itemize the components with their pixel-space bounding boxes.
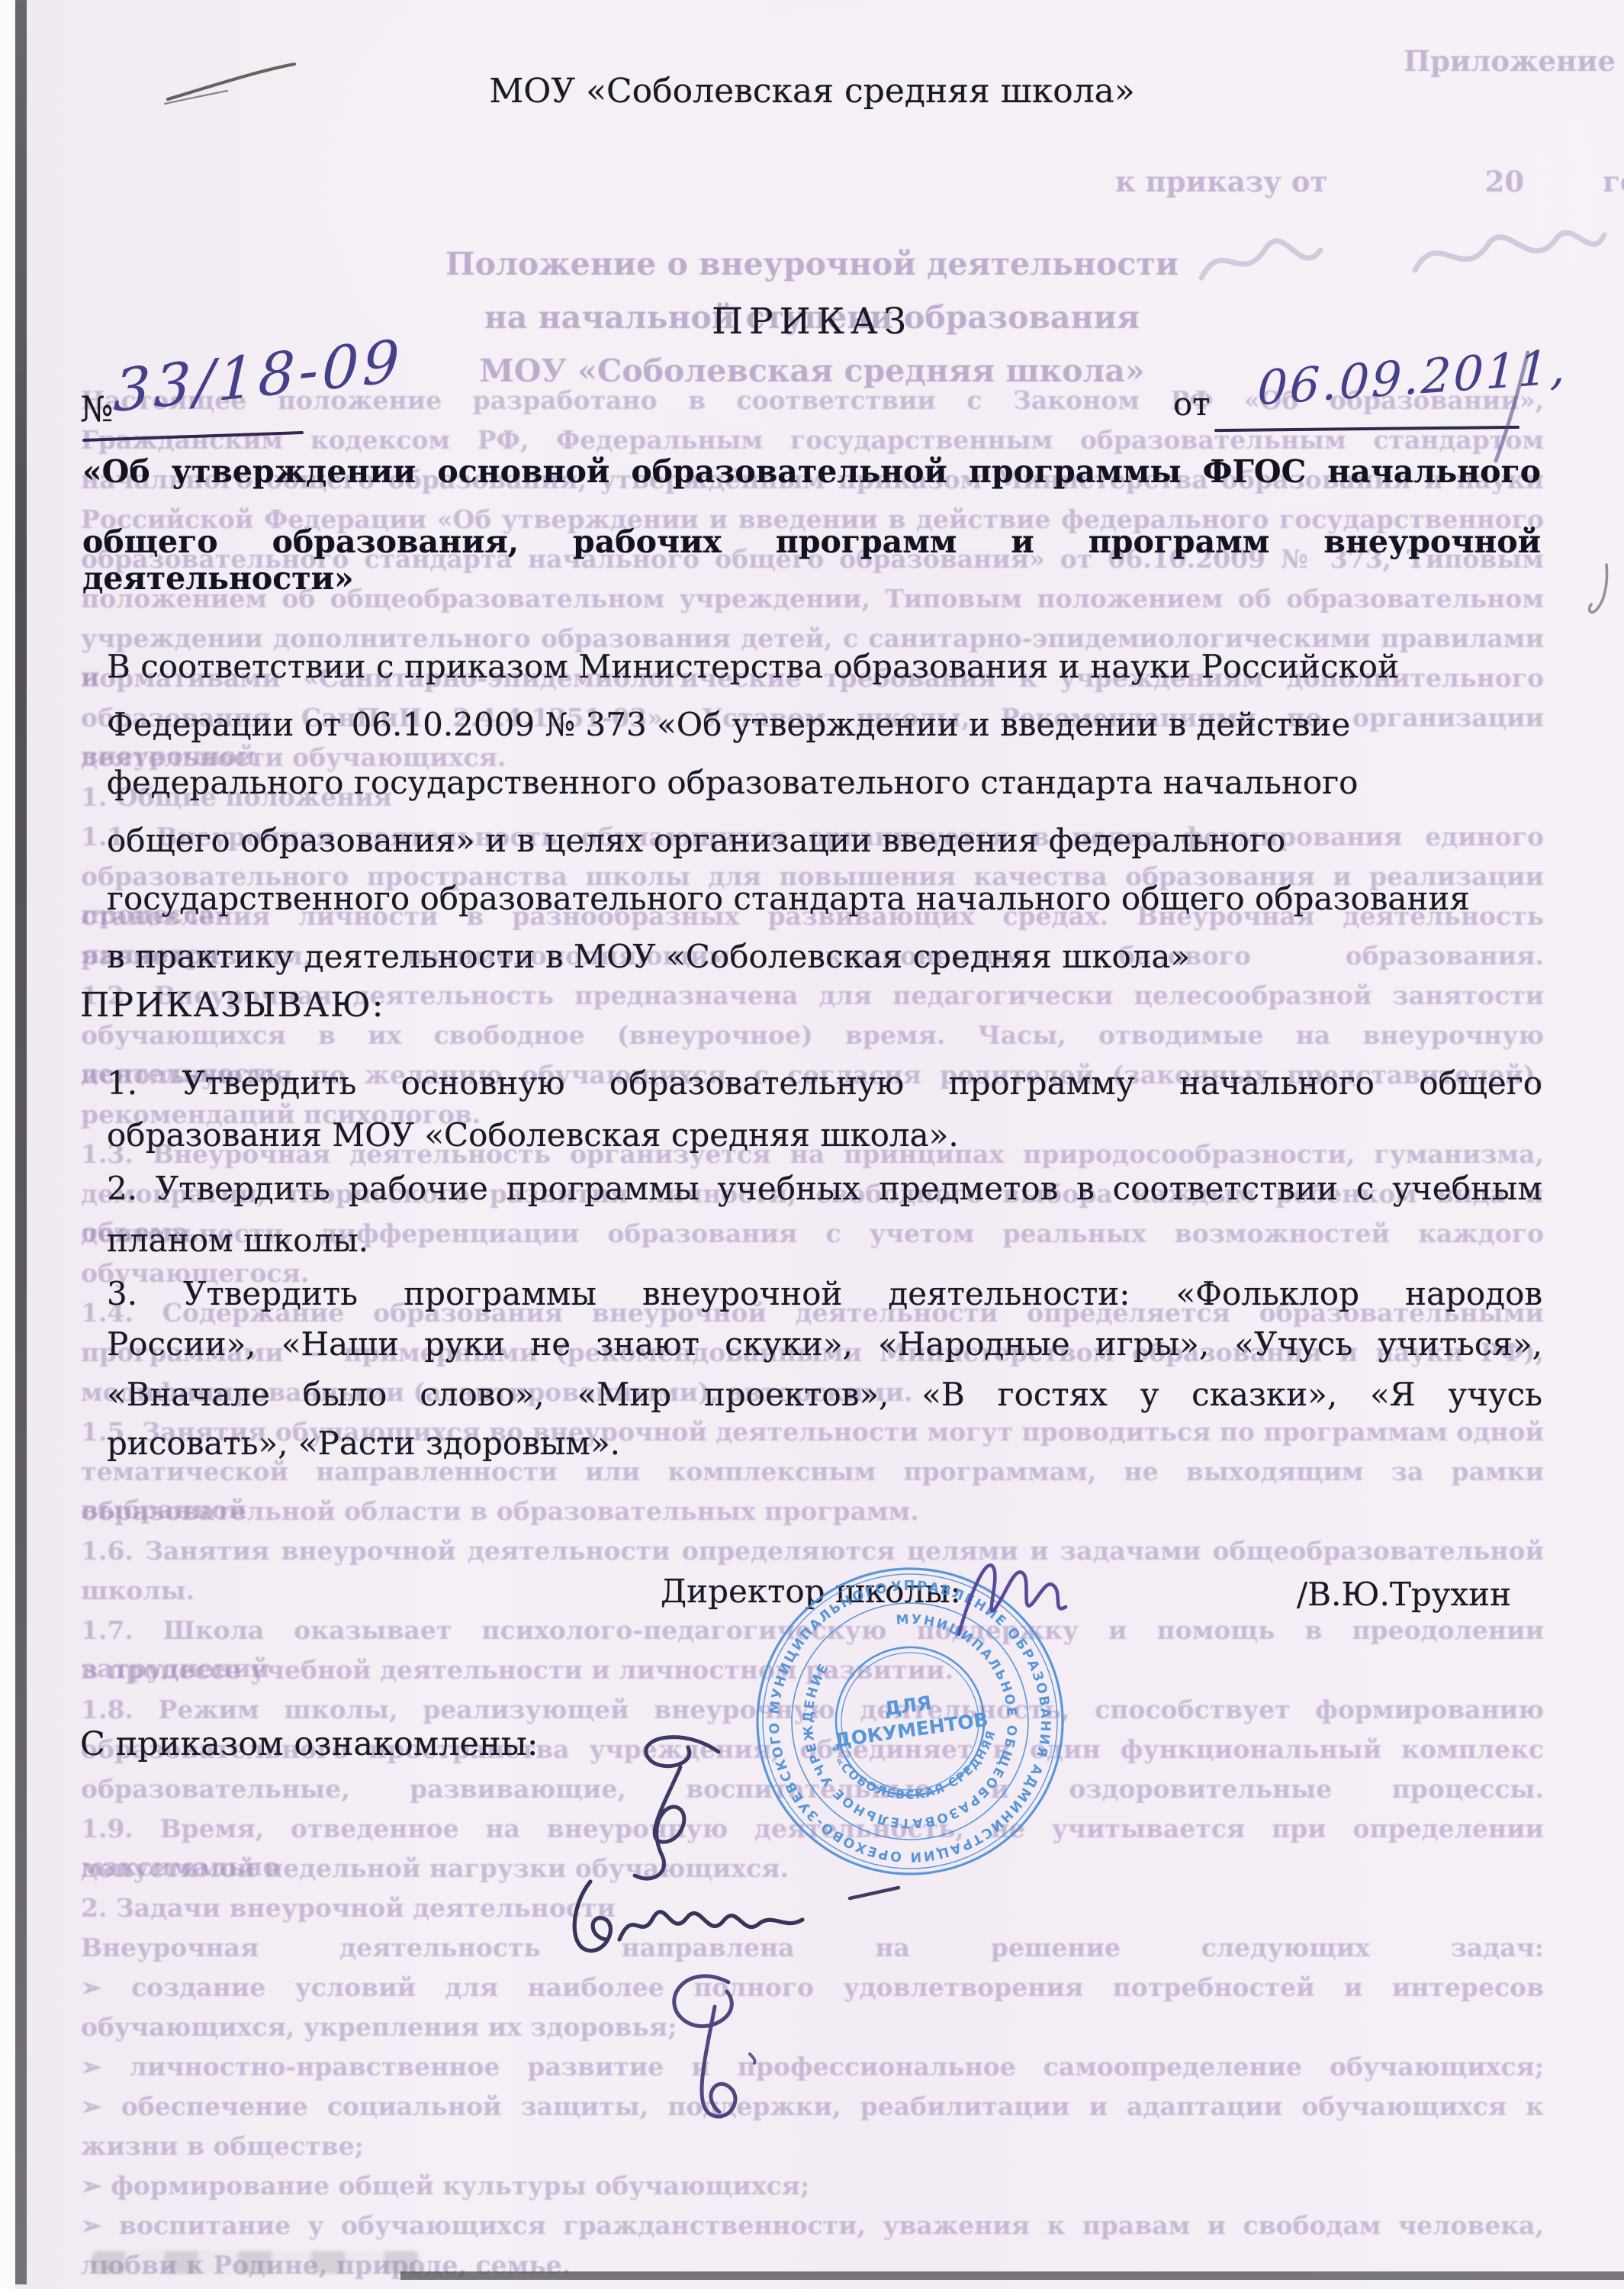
subject-line: общего образования, рабочих программ и п… <box>82 523 1541 597</box>
scan-edge-bottom-line <box>400 2271 1624 2280</box>
bleedthrough-line: обучающихся, укрепления их здоровья; <box>81 2008 1544 2048</box>
body-line: общего образования» и в целях организаци… <box>107 823 1285 859</box>
order-item-line: России», «Наши руки не знают скуки», «На… <box>107 1326 1542 1363</box>
scan-edge-left-line <box>15 0 27 2284</box>
bleedthrough-line: жизни в обществе; <box>81 2127 1544 2167</box>
bleedthrough-line: ➢ личностно-нравственное развитие и проф… <box>81 2048 1544 2088</box>
order-date-label: от <box>1173 386 1211 423</box>
body-line: Федерации от 06.10.2009 № 373 «Об утверж… <box>107 707 1350 743</box>
stamp-center-line1: ДЛЯ <box>883 1692 933 1720</box>
acknowledgement-signature-3 <box>637 1955 786 2146</box>
body-line: государственного образовательного станда… <box>107 881 1470 917</box>
order-item-line: образования МОУ «Соболевская средняя шко… <box>107 1117 959 1154</box>
order-item-line: 1. Утвердить основную образовательную пр… <box>107 1065 1542 1102</box>
order-number-label: № <box>80 391 114 427</box>
faint-handwriting-mark <box>1186 204 1613 319</box>
order-item-line: планом школы. <box>107 1222 368 1259</box>
director-name: /В.Ю.Трухин <box>1297 1576 1511 1613</box>
order-item-line: рисовать», «Расти здоровым». <box>107 1425 620 1462</box>
bleedthrough-appendix-ref: к приказу от 20 года № <box>1115 165 1624 198</box>
director-signature <box>948 1543 1082 1653</box>
scanned-order-page: Приложение к приказу от 20 года № Положе… <box>0 0 1624 2289</box>
body-line: в практику деятельности в МОУ «Соболевск… <box>107 938 1190 975</box>
acknowledgement-label: С приказом ознакомлены: <box>80 1726 538 1763</box>
body-line: В соответствии с приказом Министерства о… <box>107 649 1399 685</box>
bleedthrough-line: ➢ воспитание у обучающихся гражданственн… <box>81 2207 1544 2246</box>
stray-pen-stroke <box>162 58 303 108</box>
bleedthrough-line: образовательной области в образовательны… <box>81 1492 1544 1532</box>
scan-edge-bottom-smudge <box>92 2251 420 2274</box>
bleedthrough-line: ➢ формирование общей культуры обучающихс… <box>81 2167 1544 2207</box>
stray-mark <box>1584 559 1618 623</box>
scan-edge-left-gutter <box>0 0 15 2289</box>
subject-line: «Об утверждении основной образовательной… <box>82 453 1541 490</box>
body-line: федерального государственного образовате… <box>107 765 1358 801</box>
doc-type-title: ПРИКАЗ <box>0 304 1624 340</box>
order-item-line: 2. Утвердить рабочие программы учебных п… <box>107 1170 1542 1207</box>
order-item-line: «Вначале было слово», «Мир проектов», «В… <box>107 1376 1542 1413</box>
decree-word: ПРИКАЗЫВАЮ: <box>80 987 384 1024</box>
bleedthrough-line: ➢ обеспечение социальной защиты, поддерж… <box>81 2088 1544 2127</box>
order-item-line: 3. Утвердить программы внеурочной деятел… <box>107 1276 1542 1312</box>
